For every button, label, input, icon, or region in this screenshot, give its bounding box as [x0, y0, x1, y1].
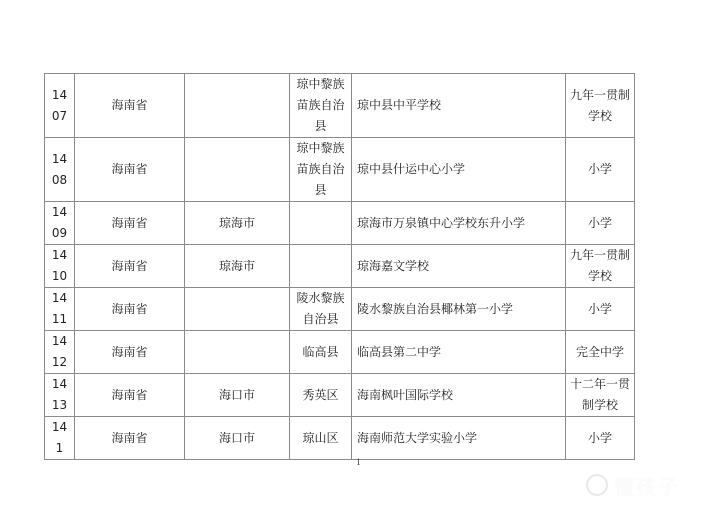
school-name-cell: 海南师范大学实验小学	[352, 417, 566, 460]
table-row: 141 海南省 海口市 琼山区 海南师范大学实验小学 小学	[45, 417, 635, 460]
school-type-cell: 小学	[566, 138, 635, 202]
table-row: 1409 海南省 琼海市 琼海市万泉镇中心学校东升小学 小学	[45, 202, 635, 245]
table-row: 1407 海南省 琼中黎族苗族自治县 琼中县中平学校 九年一贯制学校	[45, 74, 635, 138]
school-type-cell: 完全中学	[566, 331, 635, 374]
row-number: 1410	[45, 245, 75, 288]
table-row: 1408 海南省 琼中黎族苗族自治县 琼中县什运中心小学 小学	[45, 138, 635, 202]
county-cell	[290, 245, 352, 288]
row-number: 1411	[45, 288, 75, 331]
row-number: 1408	[45, 138, 75, 202]
county-cell: 秀英区	[290, 374, 352, 417]
table-row: 1413 海南省 海口市 秀英区 海南枫叶国际学校 十二年一贯制学校	[45, 374, 635, 417]
school-name-cell: 临高县第二中学	[352, 331, 566, 374]
row-number: 1409	[45, 202, 75, 245]
row-number: 1407	[45, 74, 75, 138]
table-row: 1412 海南省 临高县 临高县第二中学 完全中学	[45, 331, 635, 374]
province-cell: 海南省	[75, 288, 185, 331]
province-cell: 海南省	[75, 374, 185, 417]
school-name-cell: 琼中县中平学校	[352, 74, 566, 138]
school-type-cell: 小学	[566, 288, 635, 331]
city-cell	[185, 138, 290, 202]
county-cell: 陵水黎族自治县	[290, 288, 352, 331]
school-type-cell: 九年一贯制学校	[566, 245, 635, 288]
county-cell: 琼山区	[290, 417, 352, 460]
province-cell: 海南省	[75, 331, 185, 374]
school-type-cell: 十二年一贯制学校	[566, 374, 635, 417]
province-cell: 海南省	[75, 138, 185, 202]
province-cell: 海南省	[75, 245, 185, 288]
school-type-cell: 小学	[566, 417, 635, 460]
watermark: 懂孩子	[586, 470, 706, 500]
county-cell	[290, 202, 352, 245]
city-cell	[185, 288, 290, 331]
school-list-table: 1407 海南省 琼中黎族苗族自治县 琼中县中平学校 九年一贯制学校 1408 …	[44, 73, 635, 460]
watermark-text: 懂孩子	[614, 471, 680, 500]
row-number: 1412	[45, 331, 75, 374]
school-type-cell: 九年一贯制学校	[566, 74, 635, 138]
school-name-cell: 琼中县什运中心小学	[352, 138, 566, 202]
city-cell: 琼海市	[185, 202, 290, 245]
city-cell	[185, 331, 290, 374]
school-type-cell: 小学	[566, 202, 635, 245]
logo-circle-icon	[586, 474, 608, 496]
city-cell	[185, 74, 290, 138]
county-cell: 临高县	[290, 331, 352, 374]
row-number: 1413	[45, 374, 75, 417]
province-cell: 海南省	[75, 74, 185, 138]
table-row: 1411 海南省 陵水黎族自治县 陵水黎族自治县椰林第一小学 小学	[45, 288, 635, 331]
school-name-cell: 陵水黎族自治县椰林第一小学	[352, 288, 566, 331]
county-cell: 琼中黎族苗族自治县	[290, 74, 352, 138]
table-row: 1410 海南省 琼海市 琼海嘉文学校 九年一贯制学校	[45, 245, 635, 288]
city-cell: 琼海市	[185, 245, 290, 288]
province-cell: 海南省	[75, 202, 185, 245]
row-number: 141	[45, 417, 75, 460]
school-name-cell: 琼海嘉文学校	[352, 245, 566, 288]
school-name-cell: 琼海市万泉镇中心学校东升小学	[352, 202, 566, 245]
city-cell: 海口市	[185, 374, 290, 417]
city-cell: 海口市	[185, 417, 290, 460]
county-cell: 琼中黎族苗族自治县	[290, 138, 352, 202]
page-number: 1	[356, 458, 361, 467]
province-cell: 海南省	[75, 417, 185, 460]
school-name-cell: 海南枫叶国际学校	[352, 374, 566, 417]
